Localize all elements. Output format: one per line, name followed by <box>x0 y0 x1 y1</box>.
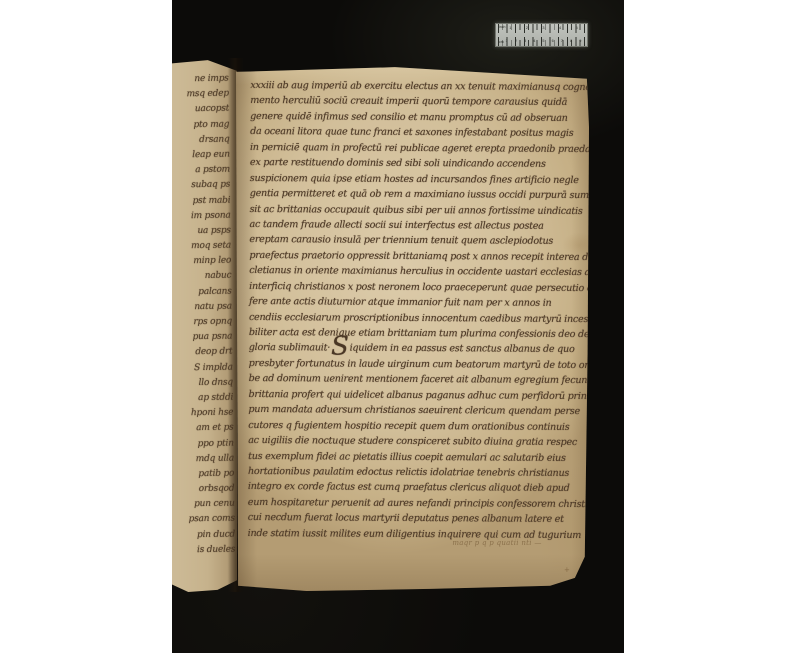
ruler-number: 3 <box>542 27 544 31</box>
manuscript-text-line: ex parte restituendo dominis sed sibi so… <box>250 155 583 172</box>
ruler-number: 9 <box>579 40 581 44</box>
facing-line-fragment: ap stddi <box>173 391 233 407</box>
manuscript-text-line: ac uigiliis die noctuque studere conspic… <box>248 433 581 450</box>
facing-line-fragment: hponi hse <box>173 406 233 422</box>
facing-line-fragment: llo dnsq <box>173 375 233 391</box>
facing-line-fragment: drsanq <box>169 132 229 148</box>
facing-line-fragment: nabuc <box>171 269 231 285</box>
ruler-number: 6 <box>552 40 554 44</box>
ruler-number: 5 <box>542 40 544 44</box>
ruler-number: 2 <box>515 40 517 44</box>
facing-line-fragment: subaq ps <box>170 178 230 194</box>
manuscript-text-line: gentia permitteret et quā ob rem a maxim… <box>250 186 583 203</box>
facing-line-fragment: is dueles <box>175 542 235 558</box>
facing-line-fragment: msq edep <box>169 87 229 103</box>
manuscript-text-line: ereptam carausio insulā per triennium te… <box>249 232 582 249</box>
facing-line-fragment: pst mabi <box>170 193 230 209</box>
manuscript-text-line: fere ante actis diuturnior atque immanio… <box>249 294 582 311</box>
manuscript-photo-stage: inch cm 12345 123456789 ne impsmsq edepu… <box>0 0 800 653</box>
ruler-number: 1 <box>509 27 511 31</box>
ruler-numbers-bottom: 123456789 <box>502 40 585 44</box>
manuscript-text-line: mento herculiū sociū creauit imperii quo… <box>250 93 583 110</box>
ruler-number: 2 <box>526 27 528 31</box>
manuscript-text-block: xxxiii ab aug imperiū ab exercitu electu… <box>248 78 584 543</box>
facing-line-fragment: natu psa <box>172 299 232 315</box>
manuscript-text-line: cui necdum fuerat locus martyrii deputat… <box>248 510 581 527</box>
facing-line-fragment: pua psna <box>172 330 232 346</box>
facing-line-fragment: a pstom <box>170 163 230 179</box>
ruler-number: 1 <box>506 40 508 44</box>
facing-line-fragment: S implda <box>173 360 233 376</box>
drop-cap-initial: S <box>331 342 349 352</box>
ruler-number: 3 <box>524 40 526 44</box>
scale-ruler: inch cm 12345 123456789 <box>495 23 588 47</box>
manuscript-text-line: da oceani litora quae tunc franci et sax… <box>250 124 583 141</box>
manuscript-text-line: integro ex corde factus est cumq praefat… <box>248 479 581 496</box>
facing-line-fragment: deop drt <box>172 345 232 361</box>
facing-line-fragment: ppo ptin <box>174 436 234 452</box>
facing-line-fragment: orbsqod <box>174 482 234 498</box>
facing-line-fragment: psan coms <box>175 512 235 528</box>
facing-page-text-fragments: ne impsmsq edepuacopstpto magdrsanqleap … <box>169 72 236 559</box>
manuscript-text-line: gloria sublimauit·Siquidem in ea passus … <box>249 340 582 357</box>
ruler-number: 7 <box>561 40 563 44</box>
manuscript-text-line: be ad dominum uenirent mentionem faceret… <box>249 371 582 388</box>
facing-line-fragment: ua psps <box>171 223 231 239</box>
ruler-number: 4 <box>559 27 561 31</box>
manuscript-text-line: cletianus in oriente maximianus herculiu… <box>249 263 582 280</box>
facing-line-fragment: mdq ulla <box>174 451 234 467</box>
facing-line-fragment: moq seta <box>171 239 231 255</box>
facing-line-fragment: ne imps <box>169 72 229 88</box>
drop-cap-preceding-text: gloria sublimauit· <box>249 342 330 353</box>
facing-line-fragment: pin ducd <box>175 527 235 543</box>
drop-cap-following-text: iquidem in ea passus est sanctus albanus… <box>350 343 575 355</box>
ruler-numbers-top: 12345 <box>502 27 585 31</box>
facing-line-fragment: uacopst <box>169 102 229 118</box>
ruler-number: 5 <box>576 27 578 31</box>
facing-line-fragment: am et ps <box>173 421 233 437</box>
facing-line-fragment: pun cenu <box>175 497 235 513</box>
ruler-number: 8 <box>570 40 572 44</box>
facing-line-fragment: patib po <box>174 466 234 482</box>
facing-line-fragment: im psona <box>171 208 231 224</box>
facing-line-fragment: minp leo <box>171 254 231 270</box>
ruler-number: 4 <box>533 40 535 44</box>
facing-line-fragment: palcans <box>172 284 232 300</box>
facing-line-fragment: leap eun <box>170 148 230 164</box>
marginal-plus-mark: + <box>564 566 570 574</box>
facing-line-fragment: pto mag <box>169 117 229 133</box>
facing-line-fragment: rps opnq <box>172 315 232 331</box>
faded-trailer-note: maqr p q p quatii nti — <box>422 539 572 547</box>
manuscript-text-line: pum mandata aduersum christianos saeuire… <box>248 402 581 419</box>
manuscript-page: xxxiii ab aug imperiū ab exercitu electu… <box>236 64 589 591</box>
